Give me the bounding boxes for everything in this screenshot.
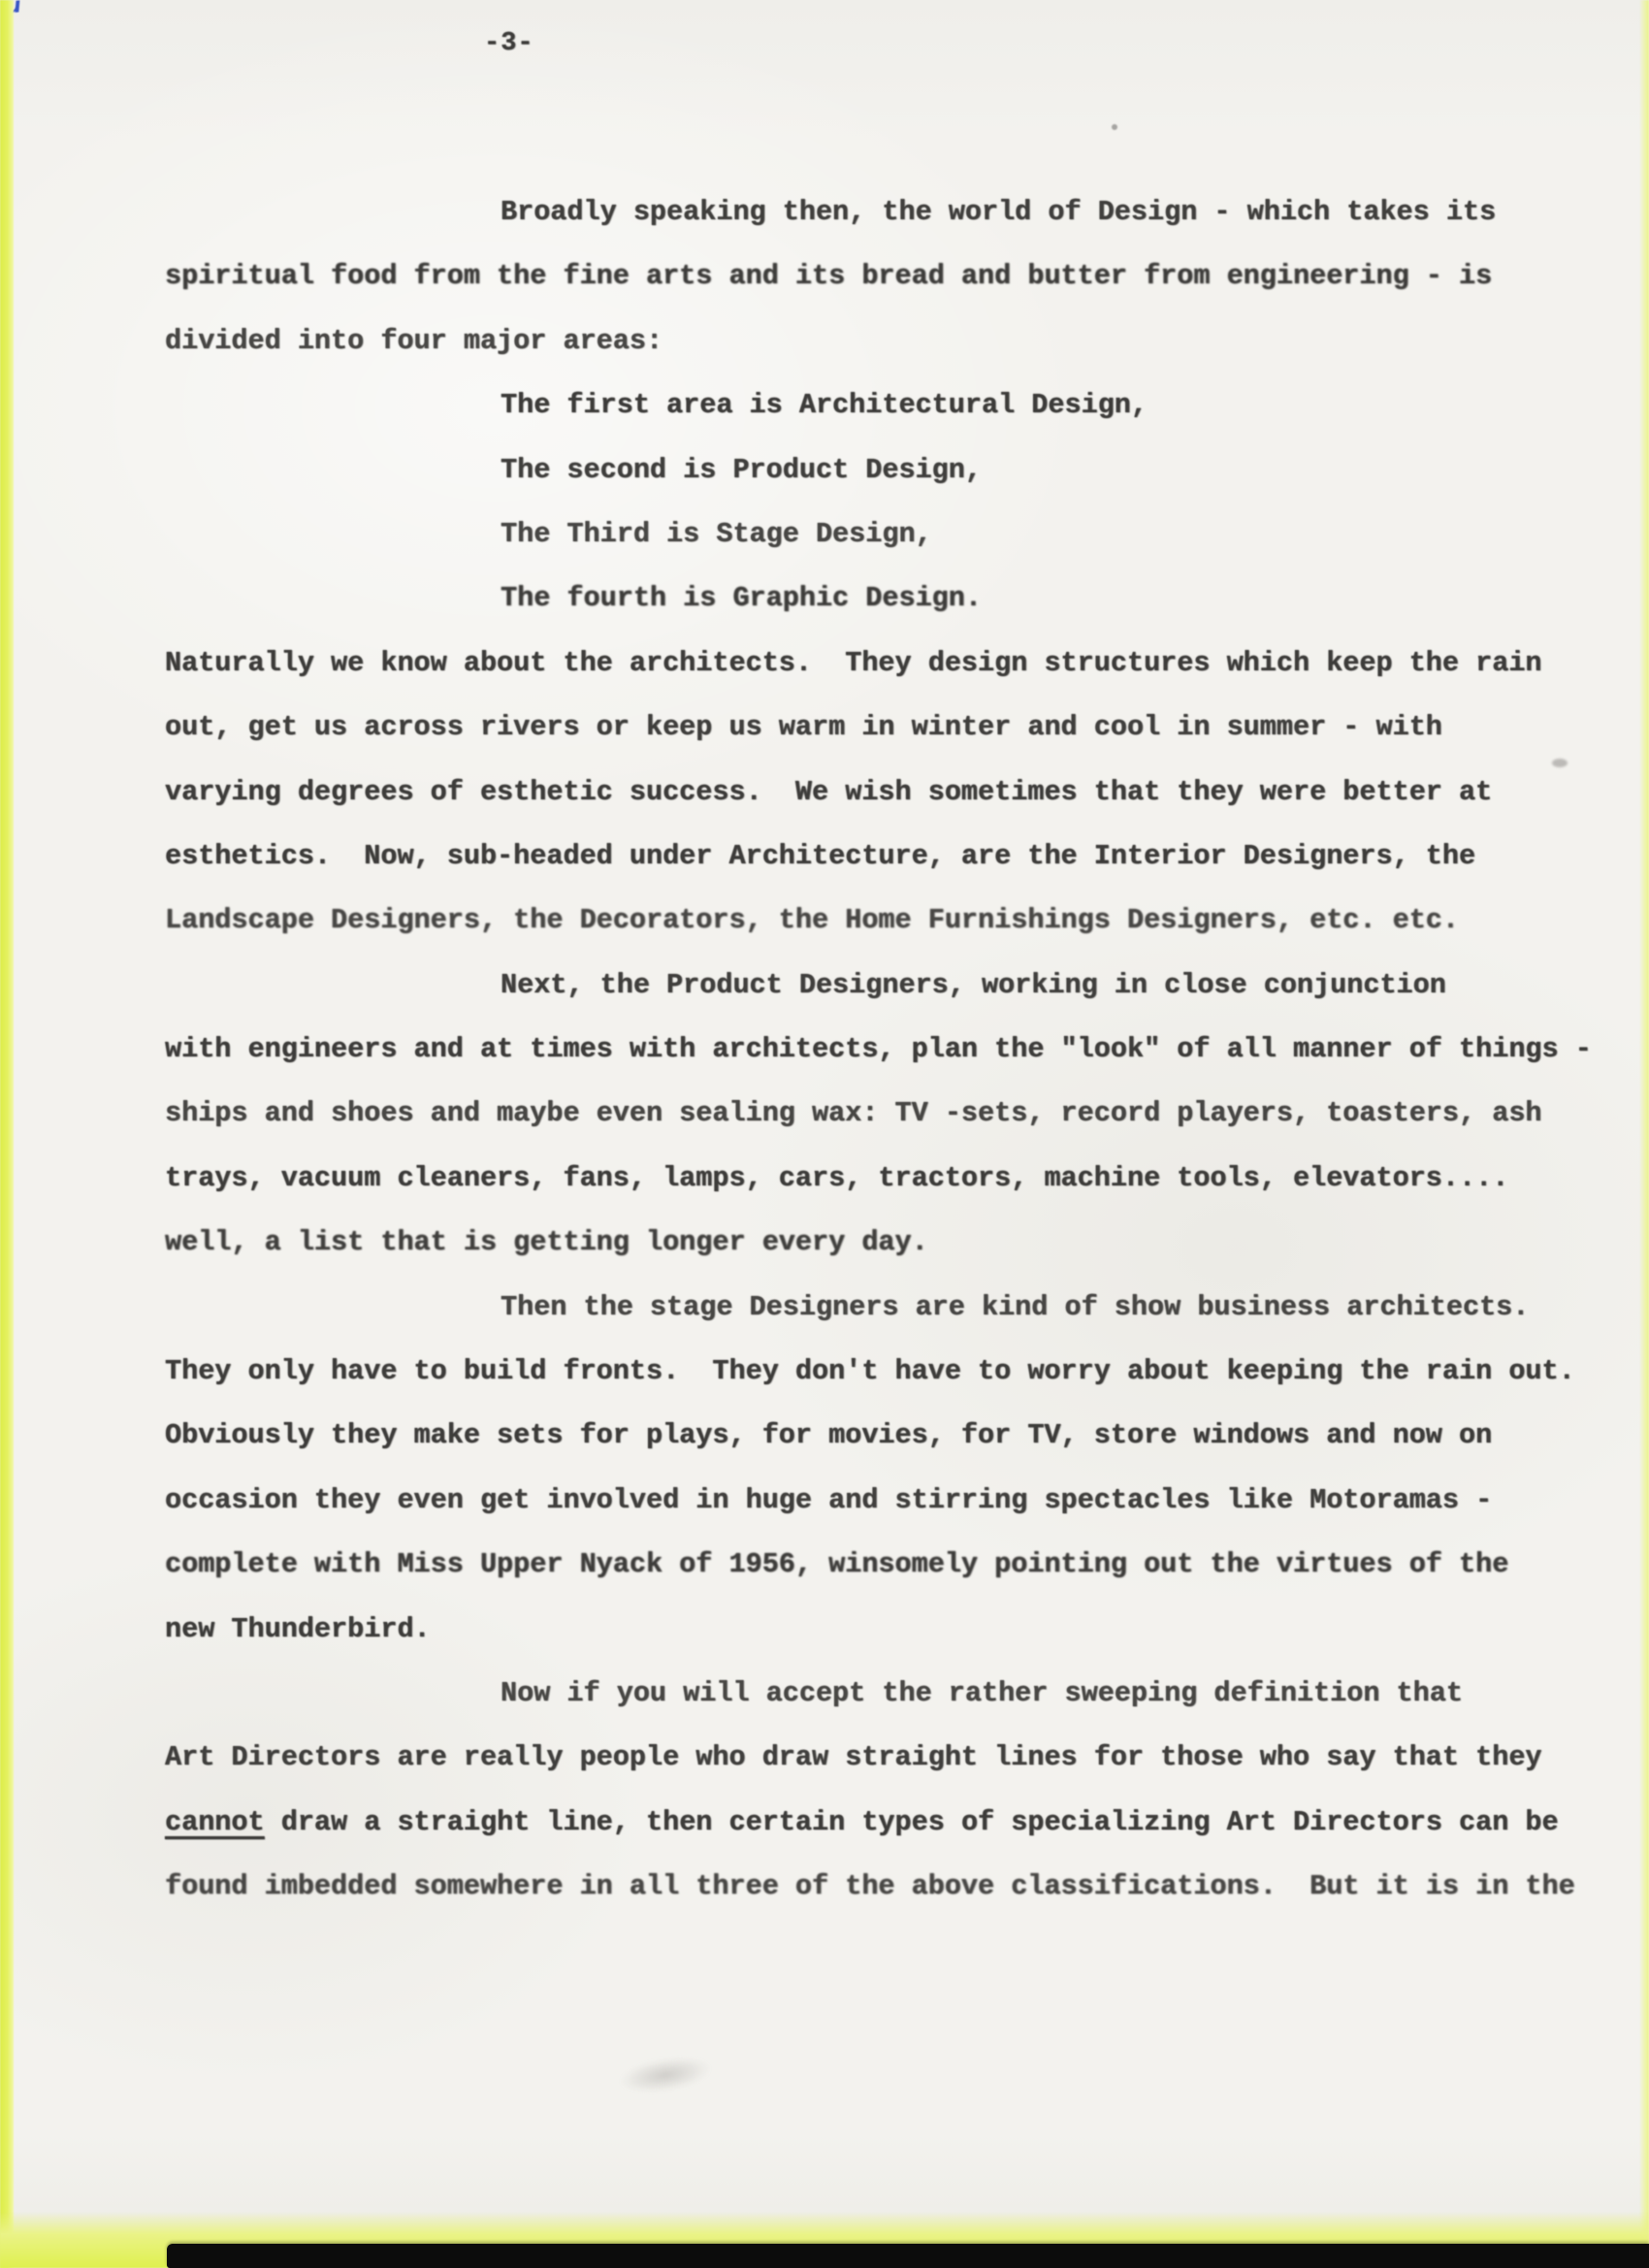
text-line: Naturally we know about the architects. …	[165, 632, 1600, 696]
text-segment: Art Directors are really people who draw…	[165, 1741, 1542, 1773]
text-segment: complete with Miss Upper Nyack of 1956, …	[165, 1548, 1508, 1580]
text-segment: They only have to build fronts. They don…	[165, 1355, 1575, 1387]
text-segment: well, a list that is getting longer ever…	[165, 1226, 928, 1258]
typed-lines: Broadly speaking then, the world of Desi…	[165, 180, 1600, 1920]
text-line: trays, vacuum cleaners, fans, lamps, car…	[165, 1147, 1600, 1211]
page-number: -3-	[484, 29, 534, 58]
scanned-page: ú -3- Broadly speaking then, the world o…	[0, 0, 1649, 2268]
text-segment: Now if you will accept the rather sweepi…	[501, 1677, 1463, 1709]
text-line: Art Directors are really people who draw…	[165, 1726, 1600, 1790]
text-line: ships and shoes and maybe even sealing w…	[165, 1082, 1600, 1146]
text-line: The second is Product Design,	[165, 438, 1600, 502]
text-line: out, get us across rivers or keep us war…	[165, 696, 1600, 760]
text-segment: new Thunderbird.	[165, 1613, 431, 1645]
text-segment: The fourth is Graphic Design.	[501, 582, 982, 614]
text-line: occasion they even get involved in huge …	[165, 1469, 1600, 1533]
text-segment: esthetics. Now, sub-headed under Archite…	[165, 840, 1475, 872]
text-line: varying degrees of esthetic success. We …	[165, 761, 1600, 825]
text-line: complete with Miss Upper Nyack of 1956, …	[165, 1533, 1600, 1597]
text-line: found imbedded somewhere in all three of…	[165, 1855, 1600, 1919]
text-line: spiritual food from the fine arts and it…	[165, 244, 1600, 308]
underlined-word: cannot	[165, 1806, 265, 1838]
highlight-strip-right	[1640, 0, 1649, 2268]
text-line: divided into four major areas:	[165, 309, 1600, 373]
text-line: esthetics. Now, sub-headed under Archite…	[165, 825, 1600, 889]
text-line: Next, the Product Designers, working in …	[165, 954, 1600, 1018]
text-segment: The second is Product Design,	[501, 454, 982, 486]
text-segment: divided into four major areas:	[165, 325, 663, 357]
text-line: Now if you will accept the rather sweepi…	[165, 1662, 1600, 1726]
text-line: Landscape Designers, the Decorators, the…	[165, 889, 1600, 953]
text-segment: Broadly speaking then, the world of Desi…	[501, 196, 1496, 228]
text-segment: The Third is Stage Design,	[501, 518, 932, 550]
text-segment: The first area is Architectural Design,	[501, 389, 1148, 421]
scan-smudge	[617, 2052, 714, 2099]
ink-dash	[1552, 759, 1568, 767]
scanner-black-bar	[167, 2244, 1649, 2268]
text-line: Then the stage Designers are kind of sho…	[165, 1276, 1600, 1340]
text-line: The fourth is Graphic Design.	[165, 567, 1600, 631]
text-line: with engineers and at times with archite…	[165, 1018, 1600, 1082]
text-segment: varying degrees of esthetic success. We …	[165, 776, 1492, 808]
text-line: Broadly speaking then, the world of Desi…	[165, 180, 1600, 244]
text-segment: spiritual food from the fine arts and it…	[165, 260, 1492, 292]
text-segment: trays, vacuum cleaners, fans, lamps, car…	[165, 1162, 1508, 1194]
text-line: cannot draw a straight line, then certai…	[165, 1791, 1600, 1855]
text-segment: draw a straight line, then certain types…	[265, 1806, 1559, 1838]
highlight-strip-left	[0, 0, 14, 2268]
text-line: Obviously they make sets for plays, for …	[165, 1404, 1600, 1468]
text-segment: Next, the Product Designers, working in …	[501, 969, 1446, 1001]
text-segment: occasion they even get involved in huge …	[165, 1484, 1492, 1516]
text-line: well, a list that is getting longer ever…	[165, 1211, 1600, 1275]
text-segment: ships and shoes and maybe even sealing w…	[165, 1097, 1542, 1129]
text-segment: Then the stage Designers are kind of sho…	[501, 1291, 1529, 1323]
text-segment: with engineers and at times with archite…	[165, 1033, 1592, 1065]
text-line: new Thunderbird.	[165, 1598, 1600, 1662]
text-line: The Third is Stage Design,	[165, 502, 1600, 567]
text-segment: Naturally we know about the architects. …	[165, 647, 1542, 679]
text-line: The first area is Architectural Design,	[165, 373, 1600, 437]
text-line: They only have to build fronts. They don…	[165, 1340, 1600, 1404]
text-segment: found imbedded somewhere in all three of…	[165, 1870, 1575, 1902]
text-segment: out, get us across rivers or keep us war…	[165, 711, 1442, 743]
text-segment: Obviously they make sets for plays, for …	[165, 1419, 1492, 1451]
text-segment: Landscape Designers, the Decorators, the…	[165, 904, 1459, 936]
ink-speck	[1112, 124, 1117, 130]
